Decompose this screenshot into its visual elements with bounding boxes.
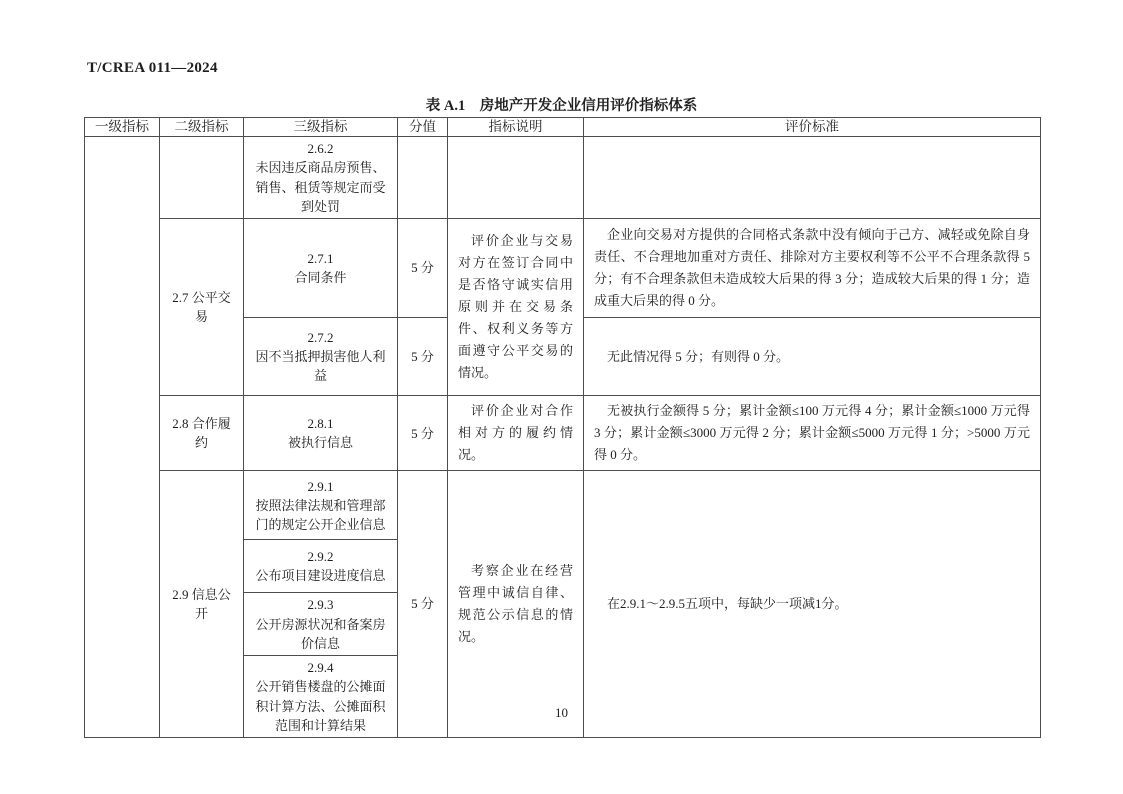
cell-criteria-2-7-2: 无此情况得 5 分；有则得 0 分。 <box>584 318 1041 396</box>
header-description: 指标说明 <box>448 118 584 137</box>
criteria-text-2-7-2: 无此情况得 5 分；有则得 0 分。 <box>594 346 1030 368</box>
indicator-code-2-9-1: 2.9.1 <box>253 477 388 496</box>
cell-level3-2-6-2: 2.6.2 未因违反商品房预售、销售、租赁等规定而受到处罚 <box>244 137 398 219</box>
cell-description-2-8: 评价企业对合作相对方的履约情况。 <box>448 396 584 471</box>
cell-level3-2-8-1: 2.8.1 被执行信息 <box>244 396 398 471</box>
cell-level2-2-7: 2.7 公平交易 <box>160 219 244 396</box>
indicator-name-2-6-2: 未因违反商品房预售、销售、租赁等规定而受到处罚 <box>253 158 388 216</box>
description-text-2-9: 考察企业在经营管理中诚信自律、规范公示信息的情况。 <box>458 560 573 648</box>
cell-score-2-9: 5 分 <box>398 471 448 738</box>
cell-criteria-2-8-1: 无被执行金额得 5 分；累计金额≤100 万元得 4 分；累计金额≤1000 万… <box>584 396 1041 471</box>
indicator-name-2-9-3: 公开房源状况和备案房价信息 <box>253 615 388 653</box>
document-page: T/CREA 011—2024 表 A.1 房地产开发企业信用评价指标体系 一级… <box>0 0 1123 794</box>
indicator-name-2-8-1: 被执行信息 <box>253 433 388 452</box>
cell-criteria-2-7-1: 企业向交易对方提供的合同格式条款中没有倾向于己方、减轻或免除自身责任、不合理地加… <box>584 219 1041 318</box>
indicator-table: 一级指标 二级指标 三级指标 分值 指标说明 评价标准 2.6.2 未因违反商品… <box>84 117 1041 738</box>
header-level1: 一级指标 <box>85 118 160 137</box>
cell-level2-2-6-continued <box>160 137 244 219</box>
indicator-code-2-9-3: 2.9.3 <box>253 595 388 614</box>
indicator-name-2-7-2: 因不当抵押损害他人利益 <box>253 347 388 385</box>
cell-level3-2-7-1: 2.7.1 合同条件 <box>244 219 398 318</box>
indicator-name-2-7-1: 合同条件 <box>253 268 388 287</box>
cell-level2-2-9: 2.9 信息公开 <box>160 471 244 738</box>
table-header-row: 一级指标 二级指标 三级指标 分值 指标说明 评价标准 <box>85 118 1041 137</box>
indicator-name-2-9-1: 按照法律法规和管理部门的规定公开企业信息 <box>253 496 388 534</box>
indicator-code-2-9-2: 2.9.2 <box>253 547 388 566</box>
criteria-text-2-8-1: 无被执行金额得 5 分；累计金额≤100 万元得 4 分；累计金额≤1000 万… <box>594 400 1030 466</box>
cell-level3-2-7-2: 2.7.2 因不当抵押损害他人利益 <box>244 318 398 396</box>
cell-description-2-9: 考察企业在经营管理中诚信自律、规范公示信息的情况。 <box>448 471 584 738</box>
cell-level1-continued <box>85 137 160 738</box>
cell-description-2-7: 评价企业与交易对方在签订合同中是否恪守诚实信用原则并在交易条件、权利义务等方面遵… <box>448 219 584 396</box>
indicator-code-2-7-2: 2.7.2 <box>253 328 388 347</box>
criteria-text-2-7-1: 企业向交易对方提供的合同格式条款中没有倾向于己方、减轻或免除自身责任、不合理地加… <box>594 224 1030 312</box>
indicator-code-2-9-4: 2.9.4 <box>253 658 388 677</box>
indicator-code-2-6-2: 2.6.2 <box>253 139 388 158</box>
table-row-2-8-1: 2.8 合作履约 2.8.1 被执行信息 5 分 评价企业对合作相对方的履约情况… <box>85 396 1041 471</box>
description-text-2-8: 评价企业对合作相对方的履约情况。 <box>458 400 573 466</box>
indicator-code-2-8-1: 2.8.1 <box>253 414 388 433</box>
indicator-code-2-7-1: 2.7.1 <box>253 249 388 268</box>
header-level2: 二级指标 <box>160 118 244 137</box>
cell-level3-2-9-1: 2.9.1 按照法律法规和管理部门的规定公开企业信息 <box>244 471 398 540</box>
cell-score-2-7-1: 5 分 <box>398 219 448 318</box>
header-score: 分值 <box>398 118 448 137</box>
page-number: 10 <box>0 705 1123 721</box>
cell-score-2-8-1: 5 分 <box>398 396 448 471</box>
table-row-2-9-1: 2.9 信息公开 2.9.1 按照法律法规和管理部门的规定公开企业信息 5 分 … <box>85 471 1041 540</box>
cell-criteria-2-6-2 <box>584 137 1041 219</box>
header-level3: 三级指标 <box>244 118 398 137</box>
cell-level3-2-9-2: 2.9.2 公布项目建设进度信息 <box>244 540 398 593</box>
table-row-2-7-1: 2.7 公平交易 2.7.1 合同条件 5 分 评价企业与交易对方在签订合同中是… <box>85 219 1041 318</box>
cell-level3-2-9-3: 2.9.3 公开房源状况和备案房价信息 <box>244 593 398 656</box>
cell-score-2-7-2: 5 分 <box>398 318 448 396</box>
header-criteria: 评价标准 <box>584 118 1041 137</box>
cell-description-2-6 <box>448 137 584 219</box>
cell-level3-2-9-4: 2.9.4 公开销售楼盘的公摊面积计算方法、公摊面积范围和计算结果 <box>244 656 398 738</box>
cell-level2-2-8: 2.8 合作履约 <box>160 396 244 471</box>
table-title: 表 A.1 房地产开发企业信用评价指标体系 <box>0 94 1123 115</box>
doc-code: T/CREA 011—2024 <box>87 60 218 77</box>
description-text-2-7: 评价企业与交易对方在签订合同中是否恪守诚实信用原则并在交易条件、权利义务等方面遵… <box>458 230 573 385</box>
cell-criteria-2-9: 在2.9.1～2.9.5五项中，每缺少一项减1分。 <box>584 471 1041 738</box>
criteria-text-2-9: 在2.9.1～2.9.5五项中，每缺少一项减1分。 <box>594 593 1030 615</box>
table-row-2-6-2: 2.6.2 未因违反商品房预售、销售、租赁等规定而受到处罚 <box>85 137 1041 219</box>
cell-score-2-6-2 <box>398 137 448 219</box>
indicator-name-2-9-2: 公布项目建设进度信息 <box>253 566 388 585</box>
